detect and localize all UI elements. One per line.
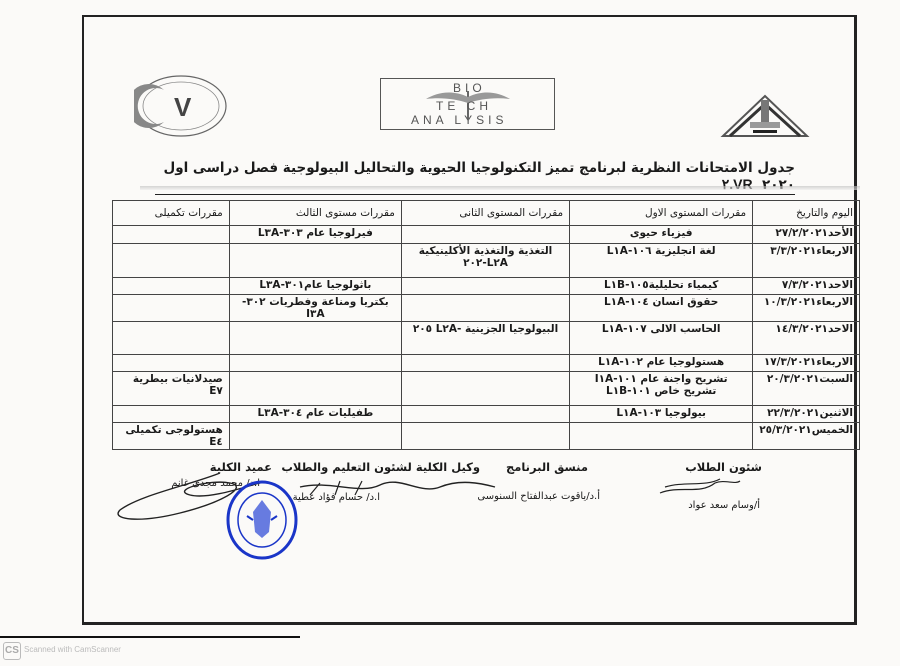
university-logo-icon [720, 92, 810, 142]
table-row: الخميس٢٥/٣/٢٠٢١ هستولوجى تكميلى E٤ [113, 423, 860, 450]
table-row: الاربعاء١٧/٣/٢٠٢١ هستولوجيا عام ١٠٢-L١A [113, 355, 860, 372]
camscanner-watermark: Scanned with CamScanner [24, 645, 121, 654]
camscanner-badge-icon: CS [3, 642, 21, 660]
table-row: الاربعاء١٠/٣/٢٠٢١ حقوق انسان ١٠٤-L١A بكت… [113, 295, 860, 322]
scan-edge-line [0, 636, 300, 638]
header-date: اليوم والتاريخ [753, 201, 860, 226]
handwritten-signature-icon [655, 475, 745, 500]
biotech-analysis-logo: BIO TE CH ANA LYSIS [380, 78, 555, 130]
handwritten-signature-icon [100, 465, 520, 535]
table-row: الأحد٢٧/٢/٢٠٢١ فيزياء حيوى فيرلوجيا عام … [113, 226, 860, 244]
vet-faculty-logo-icon: V [134, 72, 229, 140]
table-header-row: اليوم والتاريخ مقررات المستوى الاول مقرر… [113, 201, 860, 226]
table-row: السبت٢٠/٣/٢٠٢١ تشريح واجنة عام ١٠١-I١A ت… [113, 372, 860, 406]
header-level2: مقررات المستوى الثانى [401, 201, 569, 226]
exam-schedule-table: اليوم والتاريخ مقررات المستوى الاول مقرر… [112, 200, 860, 450]
university-seal-stamp-icon [225, 480, 299, 560]
svg-text:V: V [174, 92, 192, 122]
signature-student-affairs-name: أ/وسام سعد عواد [688, 500, 760, 511]
table-row: الاثنين٢٢/٣/٢٠٢١ بيولوجيا ١٠٣-L١A طفيليا… [113, 406, 860, 423]
header-level1: مقررات المستوى الاول [570, 201, 753, 226]
signature-student-affairs: شئون الطلاب [685, 460, 762, 474]
divider [140, 186, 860, 190]
header-level3: مقررات مستوى الثالث [229, 201, 401, 226]
table-row: الاحد٧/٣/٢٠٢١ كيمياء تحليلية١٠٥-L١B باثو… [113, 278, 860, 295]
header-supplementary: مقررات تكميلى [113, 201, 230, 226]
table-row: الاحد١٤/٣/٢٠٢١ الحاسب الالى ١٠٧-L١A البي… [113, 322, 860, 355]
table-row: الاربعاء٣/٣/٢٠٢١ لغة انجليزية ١٠٦-L١A ال… [113, 244, 860, 278]
